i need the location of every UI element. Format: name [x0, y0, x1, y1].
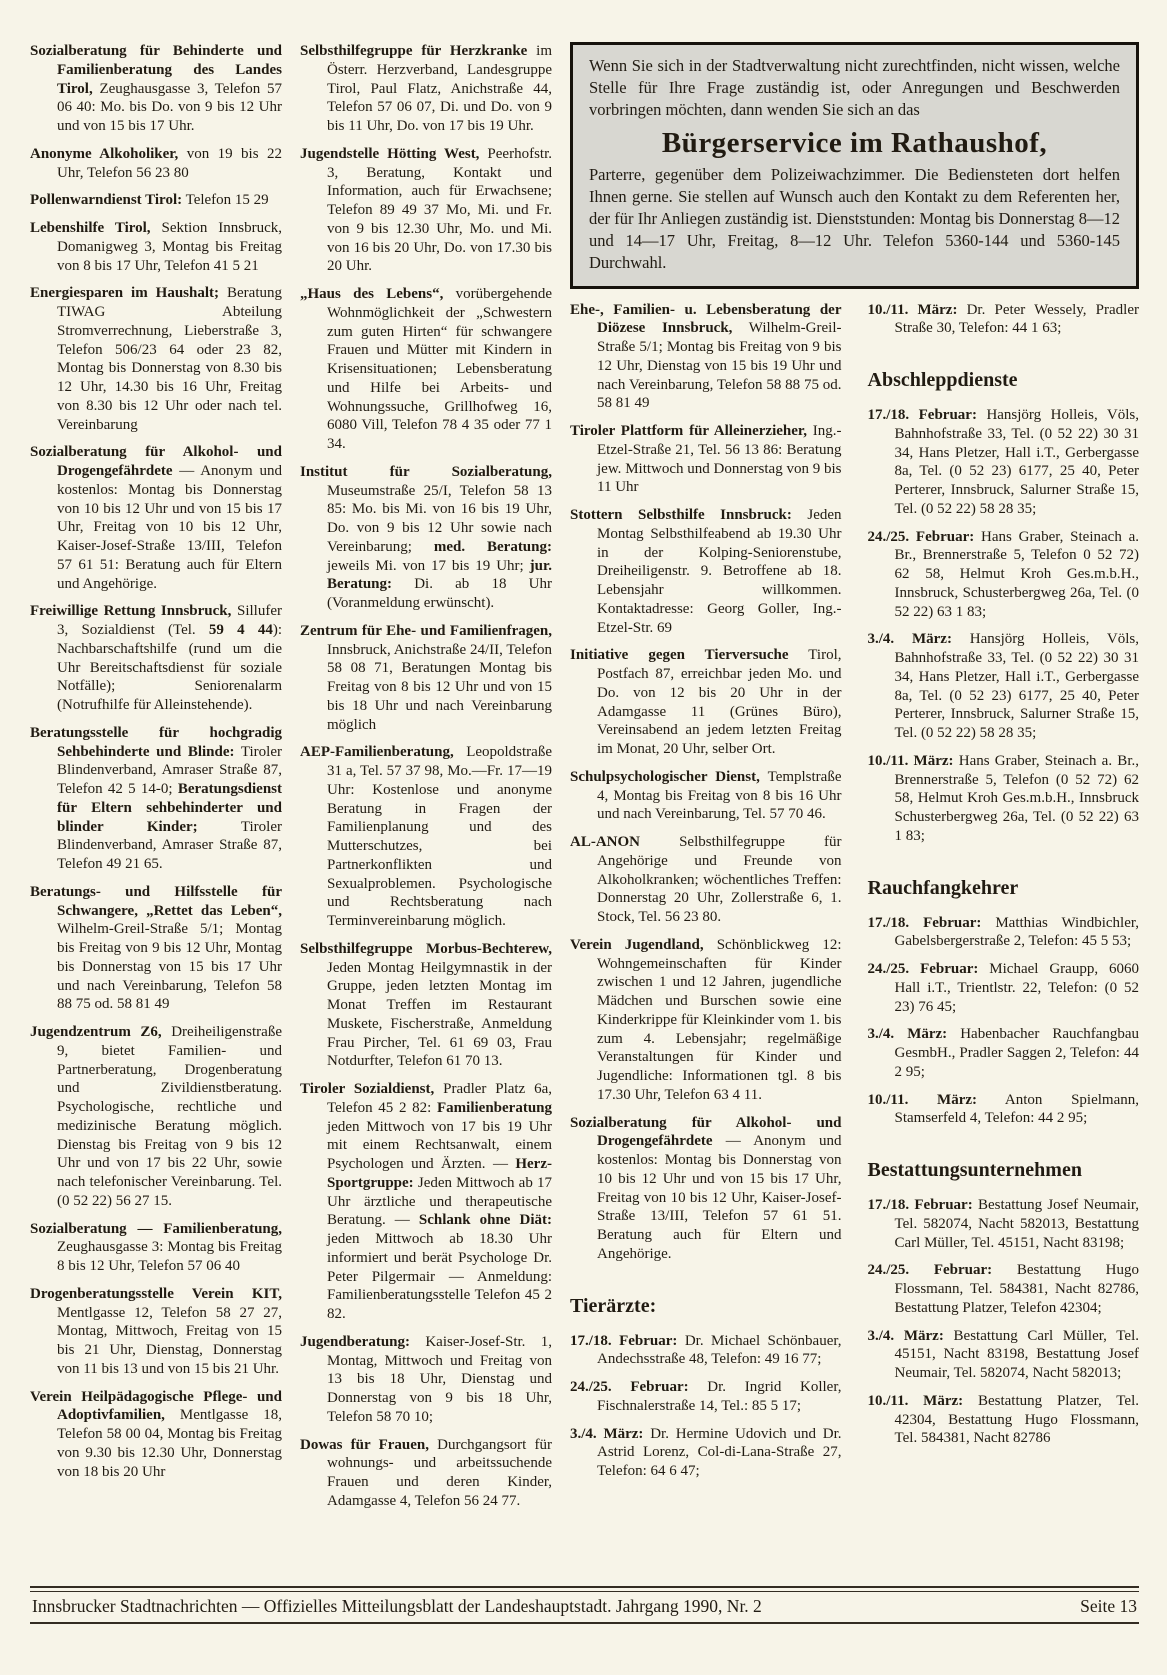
entry-lead-bold: Institut für Sozialberatung,	[300, 464, 552, 480]
entry-lead-bold: Initiative gegen Tierversuche	[570, 647, 789, 663]
entry-lead-bold: Schulpsychologischer Dienst,	[570, 769, 760, 785]
entry-lead-bold: Pollenwarndienst Tirol:	[30, 192, 182, 208]
entry-lead-bold: AEP-Familienberatung,	[300, 744, 454, 760]
directory-entry: Beratungsstelle für hochgradig Sehbehind…	[30, 724, 282, 874]
entry-lead-bold: Freiwillige Rettung Innsbruck,	[30, 603, 231, 619]
directory-entry: 10./11. März: Dr. Peter Wessely, Pradler…	[868, 301, 1140, 339]
directory-entry: Sozialberatung — Familienberatung, Zeugh…	[30, 1220, 282, 1276]
entry-lead-bold: 10./11. März:	[868, 1393, 964, 1409]
entry-lead-bold: 24./25. Februar:	[868, 1262, 993, 1278]
directory-entry: Jugendzentrum Z6, Dreiheiligenstraße 9, …	[30, 1023, 282, 1211]
entry-lead-bold: Jugendberatung:	[300, 1334, 410, 1350]
directory-entry: 24./25. Februar: Bestattung Hugo Flossma…	[868, 1261, 1140, 1317]
section-heading: Tierärzte:	[570, 1294, 842, 1319]
entry-text: Beratung TIWAG Abteilung Stromverrechnun…	[57, 285, 282, 432]
entry-lead-bold: Jugendzentrum Z6,	[30, 1024, 162, 1040]
entry-lead-bold: Drogenberatungsstelle Verein KIT,	[30, 1286, 282, 1302]
directory-entry: Initiative gegen Tierversuche Tirol, Pos…	[570, 646, 842, 759]
entry-text: Jeden Montag Heilgymnastik in der Gruppe…	[327, 960, 552, 1070]
entry-lead-bold: Familienberatung	[437, 1100, 552, 1116]
directory-entry: 3./4. März: Dr. Hermine Udovich und Dr. …	[570, 1425, 842, 1481]
directory-entry: 17./18. Februar: Hansjörg Holleis, Völs,…	[868, 406, 1140, 519]
section-heading: Rauchfangkehrer	[868, 876, 1140, 901]
directory-entry: 10./11. März: Anton Spielmann, Stamserfe…	[868, 1091, 1140, 1129]
entry-lead-bold: Sozialberatung — Familienberatung,	[30, 1221, 282, 1237]
directory-entry: Sozialberatung für Alkohol- und Drogenge…	[30, 443, 282, 593]
entry-text: vorübergehende Wohnmöglichkeit der „Schw…	[327, 286, 552, 452]
entry-lead-bold: Stottern Selbsthilfe Innsbruck:	[570, 507, 792, 523]
footer-publication-info: Innsbrucker Stadtnachrichten — Offiziell…	[32, 1596, 762, 1617]
directory-entry: Zentrum für Ehe- und Familienfragen, Inn…	[300, 622, 552, 735]
directory-entry: Selbsthilfegruppe für Herzkranke im Öste…	[300, 42, 552, 136]
directory-entry: Sozialberatung für Alkohol- und Drogenge…	[570, 1114, 842, 1264]
directory-entry: 17./18. Februar: Dr. Michael Schönbauer,…	[570, 1332, 842, 1370]
directory-entry: Dowas für Frauen, Durchgangsort für wohn…	[300, 1436, 552, 1511]
directory-entry: 24./25. Februar: Michael Graupp, 6060 Ha…	[868, 960, 1140, 1016]
column-4: 10./11. März: Dr. Peter Wessely, Pradler…	[868, 301, 1140, 1490]
directory-entry: 3./4. März: Bestattung Carl Müller, Tel.…	[868, 1327, 1140, 1383]
page-footer: Innsbrucker Stadtnachrichten — Offiziell…	[30, 1586, 1139, 1624]
entry-text: Hansjörg Holleis, Völs, Bahnhofstraße 33…	[895, 631, 1140, 741]
buergerservice-info-box: Wenn Sie sich in der Stadtverwaltung nic…	[570, 42, 1139, 289]
column-layout: Sozialberatung für Behinderte und Famili…	[30, 42, 1139, 1520]
directory-entry: Schulpsychologischer Dienst, Templstraße…	[570, 768, 842, 824]
entry-lead-bold: 24./25. Februar:	[868, 529, 975, 545]
entry-lead-bold: 3./4. März:	[868, 631, 952, 647]
entry-lead-bold: 3./4. März:	[868, 1328, 944, 1344]
entry-lead-bold: 10./11. März:	[868, 1092, 978, 1108]
entry-lead-bold: AL-ANON	[570, 834, 640, 850]
entry-text: Jeden Montag Selbsthilfeabend ab 19.30 U…	[597, 507, 842, 636]
entry-lead-bold: 17./18. Februar:	[570, 1333, 677, 1349]
directory-entry: Drogenberatungsstelle Verein KIT, Mentlg…	[30, 1285, 282, 1379]
entry-lead-bold: Energiesparen im Haushalt;	[30, 285, 219, 301]
entry-lead-bold: Dowas für Frauen,	[300, 1437, 429, 1453]
section-heading: Bestattungsunternehmen	[868, 1158, 1140, 1183]
column-1: Sozialberatung für Behinderte und Famili…	[30, 42, 282, 1520]
entry-lead-bold: 17./18. Februar:	[868, 915, 982, 931]
entry-text: Innsbruck, Anichstraße 24/II, Telefon 58…	[327, 642, 552, 733]
directory-entry: 3./4. März: Habenbacher Rauchfangbau Ges…	[868, 1025, 1140, 1081]
entry-lead-bold: 10./11. März:	[868, 753, 954, 769]
directory-entry: 10./11. März: Hans Graber, Steinach a. B…	[868, 752, 1140, 846]
entry-lead-bold: 59 4 44	[209, 622, 273, 638]
entry-text: Tirol, Postfach 87, erreichbar jeden Mo.…	[597, 647, 842, 757]
directory-entry: 3./4. März: Hansjörg Holleis, Völs, Bahn…	[868, 630, 1140, 743]
entry-lead-bold: 24./25. Februar:	[570, 1379, 689, 1395]
directory-entry: 17./18. Februar: Matthias Windbichler, G…	[868, 914, 1140, 952]
page: Sozialberatung für Behinderte und Famili…	[0, 0, 1167, 1675]
info-box-body: Parterre, gegenüber dem Polizeiwachzimme…	[589, 164, 1120, 274]
directory-entry: Sozialberatung für Behinderte und Famili…	[30, 42, 282, 136]
directory-entry: Jugendberatung: Kaiser-Josef-Str. 1, Mon…	[300, 1333, 552, 1427]
right-columns: Ehe-, Familien- u. Lebensberatung der Di…	[570, 301, 1139, 1490]
entry-lead-bold: 17./18. Februar:	[868, 407, 977, 423]
entry-text: Peerhofstr. 3, Beratung, Kontakt und Inf…	[327, 146, 552, 275]
entry-text: Wilhelm-Greil-Straße 5/1; Montag bis Fre…	[57, 921, 282, 1012]
directory-entry: „Haus des Lebens“, vorübergehende Wohnmö…	[300, 285, 552, 454]
entry-lead-bold: 3./4. März:	[868, 1026, 948, 1042]
entry-lead-bold: Jugendstelle Hötting West,	[300, 146, 479, 162]
directory-entry: 24./25. Februar: Hans Graber, Steinach a…	[868, 528, 1140, 622]
directory-entry: Verein Heilpädagogische Pflege- und Adop…	[30, 1388, 282, 1482]
section-heading: Abschleppdienste	[868, 368, 1140, 393]
entry-lead-bold: med. Beratung:	[434, 539, 552, 555]
entry-text: Leopoldstraße 31 a, Tel. 57 37 98, Mo.—F…	[327, 744, 552, 929]
directory-entry: AEP-Familienberatung, Leopoldstraße 31 a…	[300, 743, 552, 931]
directory-entry: Freiwillige Rettung Innsbruck, Sillufer …	[30, 602, 282, 715]
footer-row: Innsbrucker Stadtnachrichten — Offiziell…	[30, 1592, 1139, 1622]
entry-lead-bold: Lebenshilfe Tirol,	[30, 220, 151, 236]
directory-entry: 17./18. Februar: Bestattung Josef Neumai…	[868, 1196, 1140, 1252]
entry-text: jeweils Mi. von 17 bis 19 Uhr;	[327, 558, 530, 574]
column-3: Ehe-, Familien- u. Lebensberatung der Di…	[570, 301, 842, 1490]
entry-lead-bold: Tiroler Plattform für Alleinerzieher,	[570, 423, 807, 439]
entry-lead-bold: 17./18. Februar:	[868, 1197, 973, 1213]
entry-lead-bold: Tiroler Sozialdienst,	[300, 1081, 434, 1097]
directory-entry: 10./11. März: Bestattung Platzer, Tel. 4…	[868, 1392, 1140, 1448]
directory-entry: AL-ANON Selbsthilfegruppe für Angehörige…	[570, 833, 842, 927]
directory-entry: Institut für Sozialberatung, Museumstraß…	[300, 463, 552, 613]
entry-text: Zeughausgasse 3: Montag bis Freitag 8 bi…	[57, 1239, 282, 1274]
directory-entry: Tiroler Plattform für Alleinerzieher, In…	[570, 422, 842, 497]
entry-lead-bold: Schlank ohne Diät:	[419, 1212, 552, 1228]
entry-lead-bold: Selbsthilfegruppe für Herzkranke	[300, 43, 527, 59]
info-box-title: Bürgerservice im Rathaushof,	[589, 127, 1120, 160]
entry-lead-bold: 10./11. März:	[868, 302, 958, 318]
footer-rule-top	[30, 1586, 1139, 1588]
entry-lead-bold: „Haus des Lebens“,	[300, 286, 443, 302]
entry-text: Mentlgasse 12, Telefon 58 27 27, Montag,…	[57, 1305, 282, 1377]
footer-page-number: Seite 13	[1080, 1596, 1137, 1617]
newspaper-page: { "page": { "paper_color": "#f7f4e8", "t…	[0, 0, 1167, 1675]
directory-entry: Tiroler Sozialdienst, Pradler Platz 6a, …	[300, 1080, 552, 1324]
entry-lead-bold: Selbsthilfegruppe Morbus-Bechterew,	[300, 941, 552, 957]
info-box-intro: Wenn Sie sich in der Stadtverwaltung nic…	[589, 55, 1120, 121]
directory-entry: Energiesparen im Haushalt; Beratung TIWA…	[30, 284, 282, 434]
directory-entry: Selbsthilfegruppe Morbus-Bechterew, Jede…	[300, 940, 552, 1071]
entry-lead-bold: Verein Jugendland,	[570, 937, 704, 953]
directory-entry: Anonyme Alkoholiker, von 19 bis 22 Uhr, …	[30, 145, 282, 183]
entry-text: Telefon 15 29	[182, 192, 269, 208]
column-2: Selbsthilfegruppe für Herzkranke im Öste…	[300, 42, 552, 1520]
directory-entry: 24./25. Februar: Dr. Ingrid Koller, Fisc…	[570, 1378, 842, 1416]
entry-text: Schönblickweg 12: Wohngemeinschaften für…	[597, 937, 842, 1103]
directory-entry: Jugendstelle Hötting West, Peerhofstr. 3…	[300, 145, 552, 276]
entry-lead-bold: Beratungs- und Hilfsstelle für Schwanger…	[30, 884, 282, 919]
entry-lead-bold: 3./4. März:	[570, 1426, 643, 1442]
entry-text: jeden Mittwoch ab 18.30 Uhr informiert u…	[327, 1231, 552, 1322]
entry-text: — Anonym und kostenlos: Montag bis Donne…	[57, 463, 282, 592]
entry-text: — Anonym und kostenlos: Montag bis Donne…	[597, 1133, 842, 1262]
entry-lead-bold: 24./25. Februar:	[868, 961, 979, 977]
entry-lead-bold: Zentrum für Ehe- und Familienfragen,	[300, 623, 552, 639]
directory-entry: Beratungs- und Hilfsstelle für Schwanger…	[30, 883, 282, 1014]
directory-entry: Ehe-, Familien- u. Lebensberatung der Di…	[570, 301, 842, 414]
entry-text: Hansjörg Holleis, Völs, Bahnhofstraße 33…	[895, 407, 1140, 517]
directory-entry: Lebenshilfe Tirol, Sektion Innsbruck, Do…	[30, 219, 282, 275]
entry-lead-bold: Anonyme Alkoholiker,	[30, 146, 178, 162]
footer-rule-bottom	[30, 1622, 1139, 1624]
directory-entry: Verein Jugendland, Schönblickweg 12: Woh…	[570, 936, 842, 1105]
right-region: Wenn Sie sich in der Stadtverwaltung nic…	[570, 42, 1139, 1520]
entry-text: Dreiheiligenstraße 9, bietet Familien- u…	[57, 1024, 282, 1209]
directory-entry: Stottern Selbsthilfe Innsbruck: Jeden Mo…	[570, 506, 842, 637]
directory-entry: Pollenwarndienst Tirol: Telefon 15 29	[30, 191, 282, 210]
